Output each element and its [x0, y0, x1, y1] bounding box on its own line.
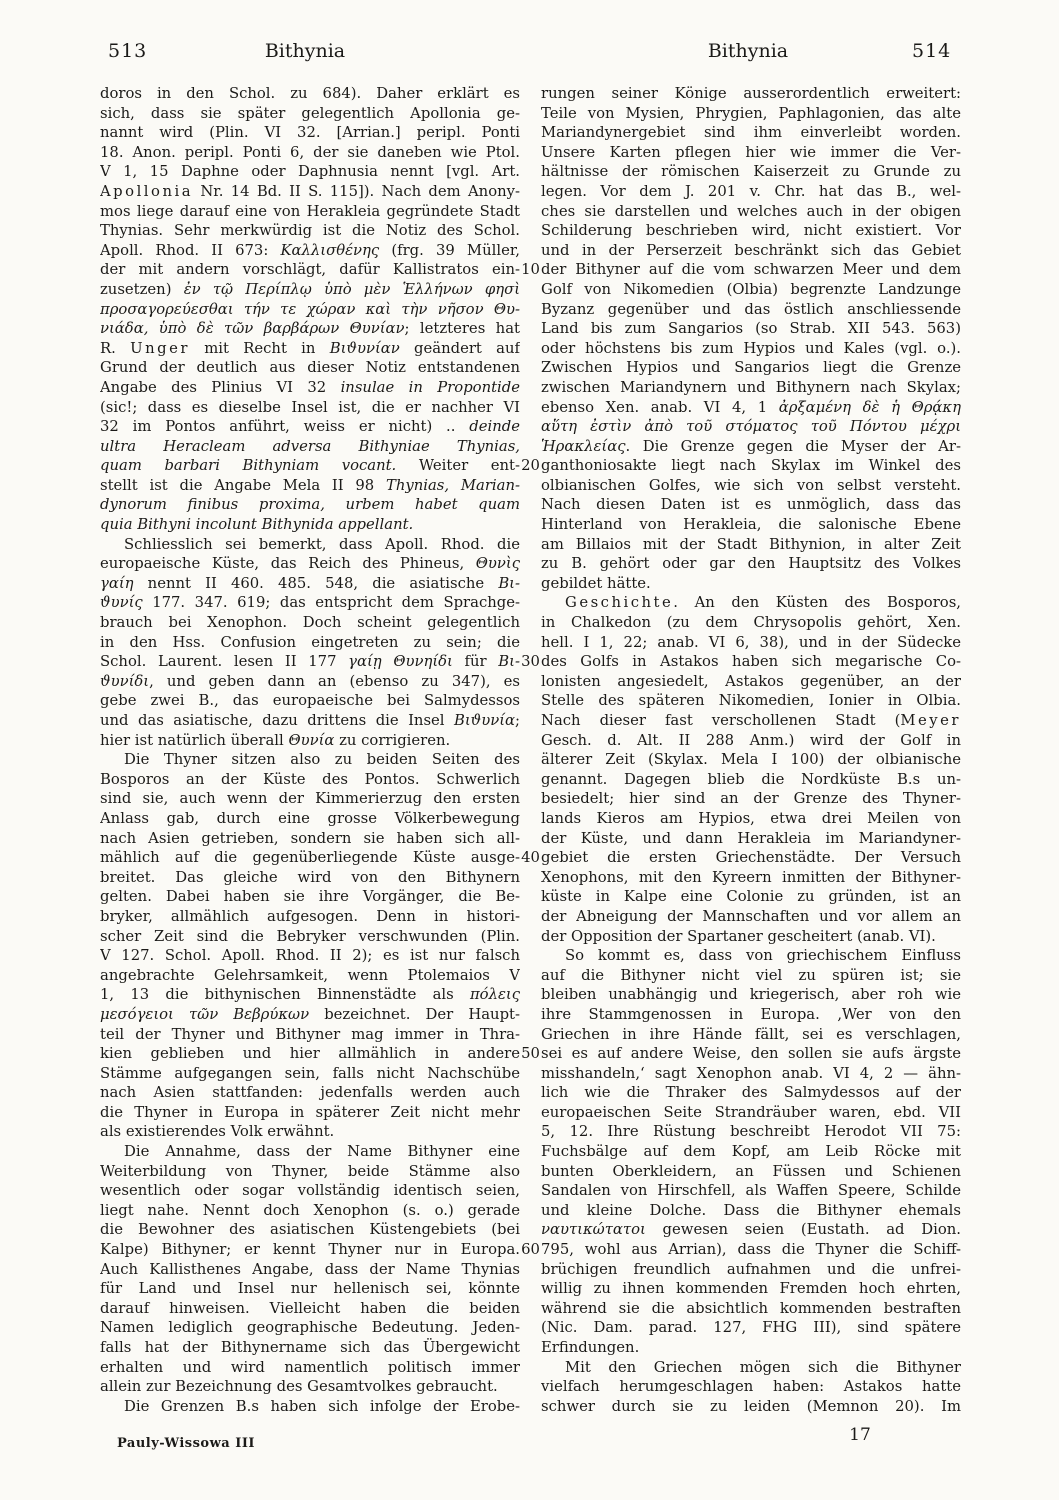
text-line: lands Kieros am Hypios, etwa drei Meilen…: [541, 809, 961, 829]
text-line: Schilderung beschrieben wird, nicht exis…: [541, 221, 961, 241]
text-line: Zwischen Hypios und Sangarios liegt die …: [541, 358, 961, 378]
text-line: nach Asien stattfanden: jedenfalls werde…: [100, 1083, 520, 1103]
text-line: (sic!; dass es dieselbe Insel ist, die e…: [100, 398, 520, 418]
text-line: europaeischen Seite Strandräuber waren, …: [541, 1103, 961, 1123]
text-line: 795, wohl aus Arrian), dass die Thyner d…: [541, 1240, 961, 1260]
text-line: Apoll. Rhod. II 673: Καλλισθένης (frg. 3…: [100, 241, 520, 261]
text-line: und das asiatische, dazu drittens die In…: [100, 711, 520, 731]
text-line: mos liege darauf eine von Herakleia gegr…: [100, 202, 520, 222]
text-line: ihre Stammgenossen in Europa. ‚Wer von d…: [541, 1005, 961, 1025]
line-number-marker: 30: [519, 652, 542, 672]
line-number-marker: 20: [519, 456, 542, 476]
text-line: vielfach herumgeschlagen haben: Astakos …: [541, 1377, 961, 1397]
text-line: in Chalkedon (zu dem Chrysopolis gehört,…: [541, 613, 961, 633]
text-line: während sie die absichtlich kommenden be…: [541, 1299, 961, 1319]
text-line: ultra Heracleam adversa Bithyniae Thynia…: [100, 437, 520, 457]
text-line: willig zu ihnen kommenden Fremden hoch e…: [541, 1279, 961, 1299]
text-line: scher Zeit sind die Bebryker verschwunde…: [100, 927, 520, 947]
text-line: Apollonia Nr. 14 Bd. II S. 115]). Nach d…: [100, 182, 520, 202]
text-line: breitet. Das gleiche wird von den Bithyn…: [100, 868, 520, 888]
text-line: dynorum finibus proxima, urbem habet qua…: [100, 495, 520, 515]
text-line: der mit andern vorschlägt, dafür Kallist…: [100, 260, 520, 280]
text-line: ganthoniosakte liegt nach Skylax im Wink…: [541, 456, 961, 476]
text-line: angebrachte Gelehrsamkeit, wenn Ptolemai…: [100, 966, 520, 986]
text-line: auf die Bithyner nicht viel zu spüren is…: [541, 966, 961, 986]
text-line: besiedelt; hier sind an der Grenze des T…: [541, 789, 961, 809]
text-line: der Opposition der Spartaner gescheitert…: [541, 927, 961, 947]
line-number-marker: 60: [519, 1240, 542, 1260]
text-line: liegt nahe. Nennt doch Xenophon (s. o.) …: [100, 1201, 520, 1221]
gutter-line-numbers: 102030405060: [519, 0, 542, 1500]
text-line: Kalpe) Bithyner; er kennt Thyner nur in …: [100, 1240, 520, 1260]
text-line: bleiben unabhängig und kriegerisch, aber…: [541, 985, 961, 1005]
text-line: Gesch. d. Alt. II 288 Anm.) wird der Gol…: [541, 731, 961, 751]
text-line: Mit den Griechen mögen sich die Bithyner: [541, 1358, 961, 1378]
text-line: Bosporos an der Küste des Pontos. Schwer…: [100, 770, 520, 790]
text-line: sich, dass sie später gelegentlich Apoll…: [100, 104, 520, 124]
text-line: allein zur Bezeichnung des Gesamtvolkes …: [100, 1377, 520, 1397]
text-line: hell. I 1, 22; anab. VI 6, 38), und in d…: [541, 633, 961, 653]
text-line: Geschichte. An den Küsten des Bosporos,: [541, 593, 961, 613]
text-line: genannt. Dagegen blieb die Nordküste B.s…: [541, 770, 961, 790]
text-line: erhalten und wird namentlich politisch i…: [100, 1358, 520, 1378]
text-line: Angabe des Plinius VI 32 insulae in Prop…: [100, 378, 520, 398]
text-line: des Golfs in Astakos haben sich megarisc…: [541, 652, 961, 672]
text-line: V 127. Schol. Apoll. Rhod. II 2); es ist…: [100, 946, 520, 966]
text-line: Stelle des späteren Nikomedien, Ionier i…: [541, 691, 961, 711]
encyclopedia-page: 513 Bithynia Bithynia 514 doros in den S…: [0, 0, 1059, 1500]
text-line: Namen lediglich geographische Bedeutung.…: [100, 1318, 520, 1338]
text-line: μεσόγειοι τῶν Βεβρύκων bezeichnet. Der H…: [100, 1005, 520, 1025]
text-line: olbianischen Golfes, wie sich von selbst…: [541, 476, 961, 496]
text-line: zu B. gehört oder gar den Hauptsitz des …: [541, 554, 961, 574]
text-line: älterer Zeit (Skylax. Mela I 100) der ol…: [541, 750, 961, 770]
text-line: gebe zwei B., das europaeische bei Salmy…: [100, 691, 520, 711]
text-line: So kommt es, dass von griechischem Einfl…: [541, 946, 961, 966]
text-line: ναυτικώτατοι gewesen seien (Eustath. ad …: [541, 1220, 961, 1240]
text-line: bryker, allmählich aufgesogen. Denn in h…: [100, 907, 520, 927]
text-line: Golf von Nikomedien (Olbia) begrenzte La…: [541, 280, 961, 300]
text-column-right: rungen seiner Könige ausserordentlich er…: [541, 84, 961, 1416]
text-line: der Abneigung der Mannschaften und vor a…: [541, 907, 961, 927]
text-line: Byzanz gegenüber und das östlich anschli…: [541, 300, 961, 320]
text-line: schwer durch sie zu leiden (Memnon 20). …: [541, 1397, 961, 1417]
text-line: Schol. Laurent. lesen II 177 γαίῃ Θυνηίδ…: [100, 652, 520, 672]
text-line: sei es auf andere Weise, den sollen sie …: [541, 1044, 961, 1064]
text-line: rungen seiner Könige ausserordentlich er…: [541, 84, 961, 104]
text-line: Anlass gab, durch eine grosse Völkerbewe…: [100, 809, 520, 829]
text-line: stellt ist die Angabe Mela II 98 Thynias…: [100, 476, 520, 496]
text-line: ϑυνίδι, und geben dann an (ebenso zu 347…: [100, 672, 520, 692]
text-line: in den Hss. Confusion eingetreten zu sei…: [100, 633, 520, 653]
text-line: Nach diesen Daten ist es unmöglich, dass…: [541, 495, 961, 515]
text-line: gebiet die ersten Griechenstädte. Der Ve…: [541, 848, 961, 868]
text-line: Grund der deutlich aus dieser Notiz ents…: [100, 358, 520, 378]
text-line: als existierendes Volk erwähnt.: [100, 1122, 520, 1142]
text-line: γαίη nennt II 460. 485. 548, die asiatis…: [100, 574, 520, 594]
text-line: zwischen Mariandynern und Bithynern nach…: [541, 378, 961, 398]
text-line: quia Bithyni incolunt Bithynida appellan…: [100, 515, 520, 535]
text-line: hier ist natürlich überall Θυνία zu corr…: [100, 731, 520, 751]
text-line: Auch Kallisthenes Angabe, dass der Name …: [100, 1260, 520, 1280]
text-line: ebenso Xen. anab. VI 4, 1 ἀρξαμένη δὲ ἡ …: [541, 398, 961, 418]
text-line: die Thyner in Europa in späterer Zeit ni…: [100, 1103, 520, 1123]
text-line: Schliesslich sei bemerkt, dass Apoll. Rh…: [100, 535, 520, 555]
text-line: doros in den Schol. zu 684). Daher erklä…: [100, 84, 520, 104]
text-line: brauch bei Xenophon. Doch scheint gelege…: [100, 613, 520, 633]
text-line: hältnisse der römischen Kaiserzeit zu Gr…: [541, 162, 961, 182]
line-number-marker: 40: [519, 848, 542, 868]
text-line: der Bithyner auf die vom schwarzen Meer …: [541, 260, 961, 280]
text-column-left: doros in den Schol. zu 684). Daher erklä…: [100, 84, 520, 1416]
text-line: Die Annahme, dass der Name Bithyner eine: [100, 1142, 520, 1162]
text-line: küste in Kalpe eine Colonie zu gründen, …: [541, 887, 961, 907]
text-line: bunten Oberkleidern, an Füssen und Schie…: [541, 1162, 961, 1182]
text-line: der Küste, und dann Herakleia im Mariand…: [541, 829, 961, 849]
text-line: ches sie darstellen und welches auch in …: [541, 202, 961, 222]
text-line: 5, 12. Ihre Rüstung beschreibt Herodot V…: [541, 1122, 961, 1142]
text-line: und in der Perserzeit beschränkt sich da…: [541, 241, 961, 261]
text-line: προσαγορεύεσθαι τήν τε χώραν καὶ τὴν νῆσ…: [100, 300, 520, 320]
line-number-marker: 50: [519, 1044, 542, 1064]
text-line: Xenophons, mit den Kyreern inmitten der …: [541, 868, 961, 888]
printer-signature: Pauly-Wissowa III: [117, 1436, 255, 1451]
text-line: R. Unger mit Recht in Βιϑυνίαν geändert …: [100, 339, 520, 359]
text-line: Weiterbildung von Thyner, beide Stämme a…: [100, 1162, 520, 1182]
text-line: gebildet hätte.: [541, 574, 961, 594]
text-line: die Bewohner des asiatischen Küstengebie…: [100, 1220, 520, 1240]
text-line: Mariandynergebiet sind ihm einverleibt w…: [541, 123, 961, 143]
text-line: gelten. Dabei haben sie ihre Vorgänger, …: [100, 887, 520, 907]
column-number-left: 513: [108, 40, 147, 62]
text-line: Ἡρακλείας. Die Grenze gegen die Myser de…: [541, 437, 961, 457]
sheet-number: 17: [840, 1425, 880, 1445]
text-line: misshandeln,‘ sagt Xenophon anab. VI 4, …: [541, 1064, 961, 1084]
text-line: Thynias. Sehr merkwürdig ist die Notiz d…: [100, 221, 520, 241]
running-title-left: Bithynia: [205, 40, 405, 62]
running-title-right: Bithynia: [648, 40, 848, 62]
text-line: sind sie, auch wenn der Kimmerierzug den…: [100, 789, 520, 809]
text-line: νιάδα, ὑπὸ δὲ τῶν βαρβάρων Θυνίαν; letzt…: [100, 319, 520, 339]
text-line: Griechen in ihre Hände fällt, sei es ver…: [541, 1025, 961, 1045]
text-line: europaeische Küste, das Reich des Phineu…: [100, 554, 520, 574]
text-line: mählich auf die gegenüberliegende Küste …: [100, 848, 520, 868]
text-line: quam barbari Bithyniam vocant. Weiter en…: [100, 456, 520, 476]
text-line: lonisten angesiedelt, Astakos gegenüber,…: [541, 672, 961, 692]
text-line: brüchigen freundlich aufnahmen und die u…: [541, 1260, 961, 1280]
text-line: Nach dieser fast verschollenen Stadt (Me…: [541, 711, 961, 731]
text-line: und kleine Dolche. Dass die Bithyner ehe…: [541, 1201, 961, 1221]
text-line: Stämme aufgegangen sein, falls nicht Nac…: [100, 1064, 520, 1084]
column-number-right: 514: [912, 40, 951, 62]
text-line: αὕτη ἐστὶν ἀπὸ τοῦ στόματος τοῦ Πόντου μ…: [541, 417, 961, 437]
text-line: für Land und Insel nur hellenisch sei, k…: [100, 1279, 520, 1299]
text-line: (Nic. Dam. parad. 127, FHG III), sind sp…: [541, 1318, 961, 1338]
text-line: Erfindungen.: [541, 1338, 961, 1358]
text-line: kien geblieben und hier allmählich in an…: [100, 1044, 520, 1064]
text-line: ϑυνίς 177. 347. 619; das entspricht dem …: [100, 593, 520, 613]
text-line: teil der Thyner und Bithyner mag immer i…: [100, 1025, 520, 1045]
text-line: 18. Anon. peripl. Ponti 6, der sie daneb…: [100, 143, 520, 163]
text-line: V 1, 15 Daphne oder Daphnusia nennt [vgl…: [100, 162, 520, 182]
text-line: Fuchsbälge auf dem Kopf, am Leib Röcke m…: [541, 1142, 961, 1162]
text-line: Die Thyner sitzen also zu beiden Seiten …: [100, 750, 520, 770]
text-line: darauf hinweisen. Vielleicht haben die b…: [100, 1299, 520, 1319]
text-line: oder höchstens bis zum Hypios und Kales …: [541, 339, 961, 359]
text-line: 1, 13 die bithynischen Binnenstädte als …: [100, 985, 520, 1005]
text-line: Die Grenzen B.s haben sich infolge der E…: [100, 1397, 520, 1417]
text-line: Hinterland von Herakleia, die salonische…: [541, 515, 961, 535]
text-line: Land bis zum Sangarios (so Strab. XII 54…: [541, 319, 961, 339]
line-number-marker: 10: [519, 260, 542, 280]
text-line: wesentlich oder sogar vollständig identi…: [100, 1181, 520, 1201]
text-line: nannt wird (Plin. VI 32. [Arrian.] perip…: [100, 123, 520, 143]
text-line: falls hat der Bithynername sich das Über…: [100, 1338, 520, 1358]
text-line: 32 im Pontos anführt, weiss er nicht) ..…: [100, 417, 520, 437]
text-line: Unsere Karten pflegen hier wie immer die…: [541, 143, 961, 163]
text-line: zusetzen) ἐν τῷ Περίπλῳ ὑπὸ μὲν Ἑλλήνων …: [100, 280, 520, 300]
text-line: lich wie die Thraker des Salmydessos auf…: [541, 1083, 961, 1103]
text-line: Sandalen von Hirschfell, als Waffen Spee…: [541, 1181, 961, 1201]
text-line: legen. Vor dem J. 201 v. Chr. hat das B.…: [541, 182, 961, 202]
text-line: nach Asien getrieben, sondern sie haben …: [100, 829, 520, 849]
text-line: am Billaios mit der Stadt Bithynion, in …: [541, 535, 961, 555]
text-line: Teile von Mysien, Phrygien, Paphlagonien…: [541, 104, 961, 124]
